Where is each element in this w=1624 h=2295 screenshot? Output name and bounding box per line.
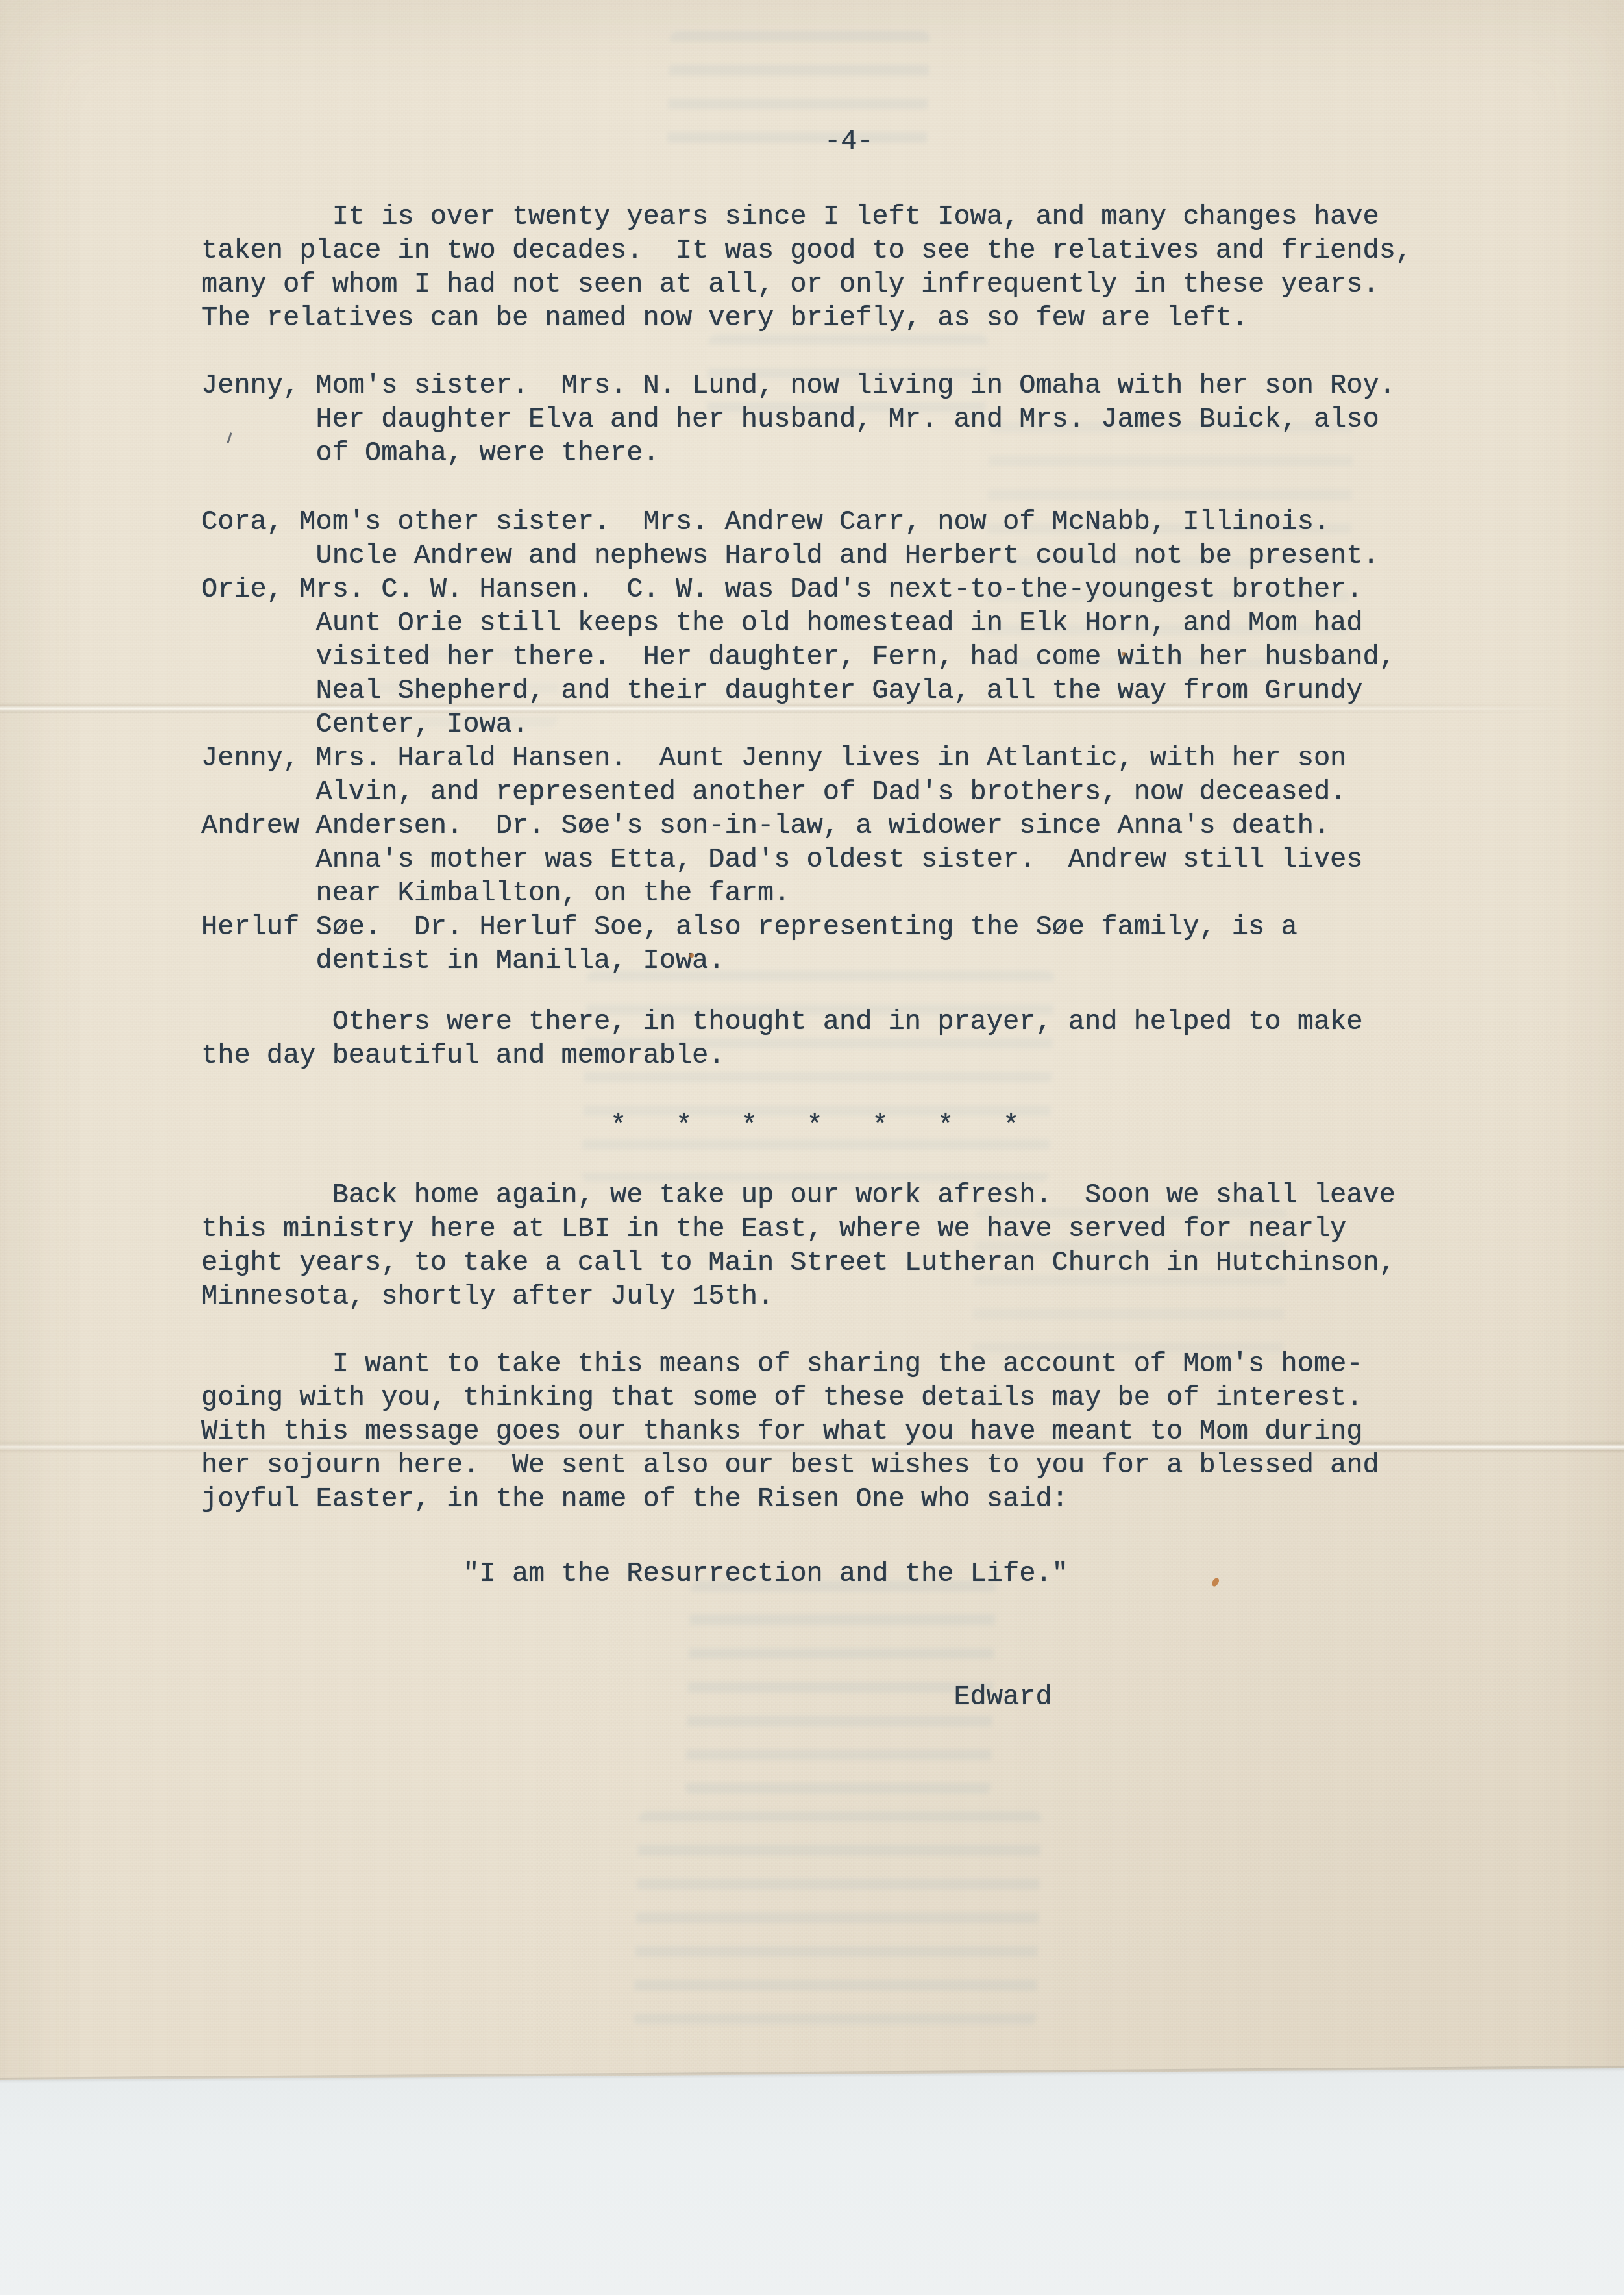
letter-line: The relatives can be named now very brie… <box>201 301 1473 335</box>
letter-line: It is over twenty years since I left Iow… <box>201 200 1473 234</box>
letter-line: joyful Easter, in the name of the Risen … <box>201 1482 1473 1516</box>
letter-line: Her daughter Elva and her husband, Mr. a… <box>201 403 1473 436</box>
letter-line: the day beautiful and memorable. <box>201 1039 1473 1073</box>
letter-line: Cora, Mom's other sister. Mrs. Andrew Ca… <box>201 505 1473 539</box>
letter-line: Edward <box>201 1680 1473 1714</box>
letter-line: Alvin, and represented another of Dad's … <box>201 775 1473 809</box>
letter-body: It is over twenty years since I left Iow… <box>201 200 1473 1714</box>
letter-block-signature: Edward <box>201 1680 1473 1714</box>
letter-line: Jenny, Mom's sister. Mrs. N. Lund, now l… <box>201 369 1473 403</box>
letter-line: With this message goes our thanks for wh… <box>201 1415 1473 1448</box>
letter-line: eight years, to take a call to Main Stre… <box>201 1246 1473 1280</box>
letter-block-separator: * * * * * * * <box>201 1109 1473 1143</box>
letter-line: many of whom I had not seen at all, or o… <box>201 267 1473 301</box>
letter-line: of Omaha, were there. <box>201 436 1473 470</box>
letter-line: Minnesota, shortly after July 15th. <box>201 1280 1473 1313</box>
paper-speck <box>1122 652 1126 656</box>
letter-line: Others were there, in thought and in pra… <box>201 1005 1473 1039</box>
letter-line: dentist in Manilla, Iowa. <box>201 944 1473 978</box>
letter-line: Andrew Andersen. Dr. Søe's son-in-law, a… <box>201 809 1473 843</box>
letter-line: taken place in two decades. It was good … <box>201 234 1473 267</box>
letter-line: Neal Shepherd, and their daughter Gayla,… <box>201 674 1473 708</box>
ink-bleedthrough <box>634 1811 1042 2026</box>
letter-block-entry-herluf-soe: Herluf Søe. Dr. Herluf Soe, also represe… <box>201 910 1473 978</box>
letter-line: Herluf Søe. Dr. Herluf Soe, also represe… <box>201 910 1473 944</box>
letter-line: I want to take this means of sharing the… <box>201 1347 1473 1381</box>
letter-block-quote: "I am the Resurrection and the Life." <box>201 1557 1473 1591</box>
letter-block-others: Others were there, in thought and in pra… <box>201 1005 1473 1073</box>
letter-line: Center, Iowa. <box>201 708 1473 741</box>
letter-block-i-want: I want to take this means of sharing the… <box>201 1347 1473 1516</box>
letter-block-entry-orie: Orie, Mrs. C. W. Hansen. C. W. was Dad's… <box>201 573 1473 741</box>
letter-block-entry-jenny-hansen: Jenny, Mrs. Harald Hansen. Aunt Jenny li… <box>201 741 1473 809</box>
page-number: -4- <box>824 125 874 158</box>
letter-line: near Kimballton, on the farm. <box>201 876 1473 910</box>
letter-line: this ministry here at LBI in the East, w… <box>201 1212 1473 1246</box>
paper-speck <box>689 953 694 958</box>
letter-line: her sojourn here. We sent also our best … <box>201 1448 1473 1482</box>
letter-line: Anna's mother was Etta, Dad's oldest sis… <box>201 843 1473 876</box>
scanner-edge <box>0 2063 1624 2295</box>
letter-line: going with you, thinking that some of th… <box>201 1381 1473 1415</box>
letter-line: Uncle Andrew and nephews Harold and Herb… <box>201 539 1473 573</box>
letter-block-entry-jenny-lund: Jenny, Mom's sister. Mrs. N. Lund, now l… <box>201 369 1473 470</box>
letter-line: Back home again, we take up our work afr… <box>201 1178 1473 1212</box>
letter-line: visited her there. Her daughter, Fern, h… <box>201 640 1473 674</box>
letter-line: Aunt Orie still keeps the old homestead … <box>201 606 1473 640</box>
letter-block-intro: It is over twenty years since I left Iow… <box>201 200 1473 335</box>
letter-block-entry-andrew-andersen: Andrew Andersen. Dr. Søe's son-in-law, a… <box>201 809 1473 910</box>
ink-bleedthrough <box>667 31 929 158</box>
scanned-letter-page: -4- It is over twenty years since I left… <box>0 0 1624 2295</box>
letter-line: Orie, Mrs. C. W. Hansen. C. W. was Dad's… <box>201 573 1473 606</box>
letter-line: Jenny, Mrs. Harald Hansen. Aunt Jenny li… <box>201 741 1473 775</box>
letter-block-entry-cora: Cora, Mom's other sister. Mrs. Andrew Ca… <box>201 505 1473 573</box>
letter-block-back-home: Back home again, we take up our work afr… <box>201 1178 1473 1313</box>
letter-line: * * * * * * * <box>201 1109 1473 1143</box>
letter-line: "I am the Resurrection and the Life." <box>201 1557 1473 1591</box>
